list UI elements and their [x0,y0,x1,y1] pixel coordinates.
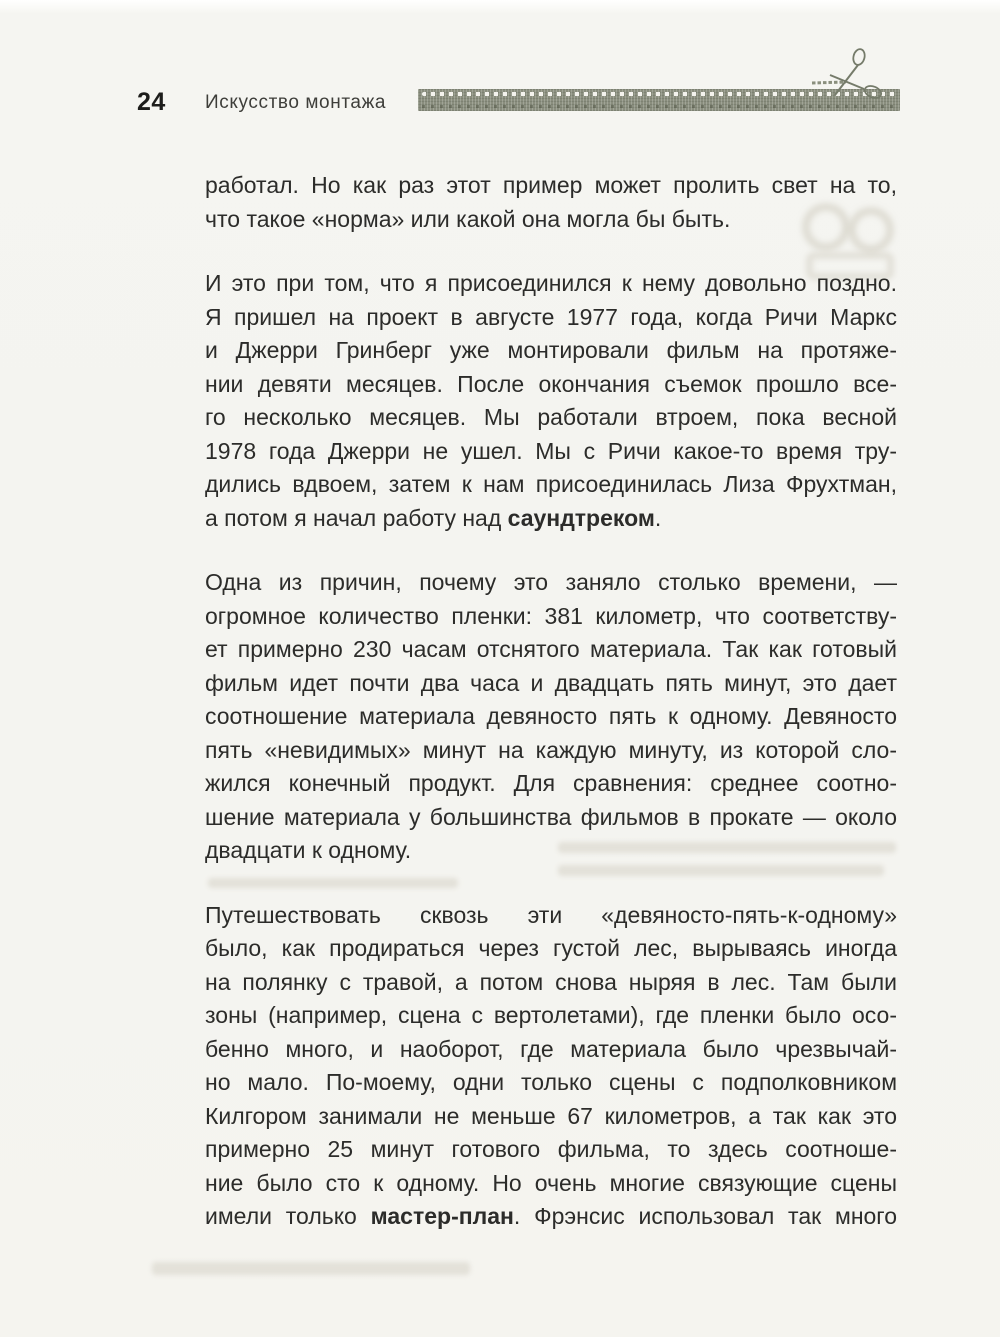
text-line: ние было сто к одному. Но очень многие с… [205,1167,897,1201]
text-line: ет примерно 230 часам отснятого материал… [205,633,897,667]
text-line: огромное количество пленки: 381 километр… [205,600,897,634]
text-line: го несколько месяцев. Мы работали втроем… [205,401,897,435]
text-line: Килгором занимали не меньше 67 километро… [205,1100,897,1134]
text-line: примерно 25 минут готового фильма, то зд… [205,1133,897,1167]
text-line: но мало. По-моему, одни только сцены с п… [205,1066,897,1100]
text-line: Путешествовать сквозь эти «девяносто-пят… [205,899,897,933]
text-line: жился конечный продукт. Для сравнения: с… [205,767,897,801]
book-page: 24 Искусство монтажа работал. Но как раз… [0,0,1000,1337]
text-line: что такое «норма» или какой она могла бы… [205,203,897,237]
text-line: на полянку с травой, а потом снова ныряя… [205,966,897,1000]
text-line: двадцати к одному. [205,834,897,868]
text-line: и Джерри Гринберг уже монтировали фильм … [205,334,897,368]
text-line: фильм идет почти два часа и двадцать пят… [205,667,897,701]
text-line: 1978 года Джерри не ушел. Мы с Ричи како… [205,435,897,469]
text-line: Одна из причин, почему это заняло стольк… [205,566,897,600]
text-line: зоны (например, сцена с вертолетами), гд… [205,999,897,1033]
text-line: И это при том, что я присоединился к нем… [205,267,897,301]
text-line: дились вдвоем, затем к нам присоединилас… [205,468,897,502]
text-line: работал. Но как раз этот пример может пр… [205,169,897,203]
text-line: было, как продираться через густой лес, … [205,932,897,966]
show-through-ghost-textline [152,1262,470,1275]
text-line: шение материала у большинства фильмов в … [205,801,897,835]
text-line: бенно много, и наоборот, где материала б… [205,1033,897,1067]
running-title: Искусство монтажа [205,92,386,114]
paragraph: работал. Но как раз этот пример может пр… [205,169,897,236]
film-sprocket-holes-bottom [422,105,896,108]
text-line: пять «невидимых» минут на каждую минуту,… [205,734,897,768]
text-line: нии девяти месяцев. После окончания съем… [205,368,897,402]
paragraph: И это при том, что я присоединился к нем… [205,267,897,535]
body-text: работал. Но как раз этот пример может пр… [205,169,897,1234]
page-number: 24 [137,88,166,117]
scissors-icon [808,45,900,101]
paragraph: Путешествовать сквозь эти «девяносто-пят… [205,899,897,1234]
text-line: Я пришел на проект в августе 1977 года, … [205,301,897,335]
text-line: а потом я начал работу над саундтреком. [205,502,897,536]
text-line: имели только мастер-план. Фрэнсис исполь… [205,1200,897,1234]
paragraph: Одна из причин, почему это заняло стольк… [205,566,897,868]
text-line: соотношение материала девяносто пять к о… [205,700,897,734]
